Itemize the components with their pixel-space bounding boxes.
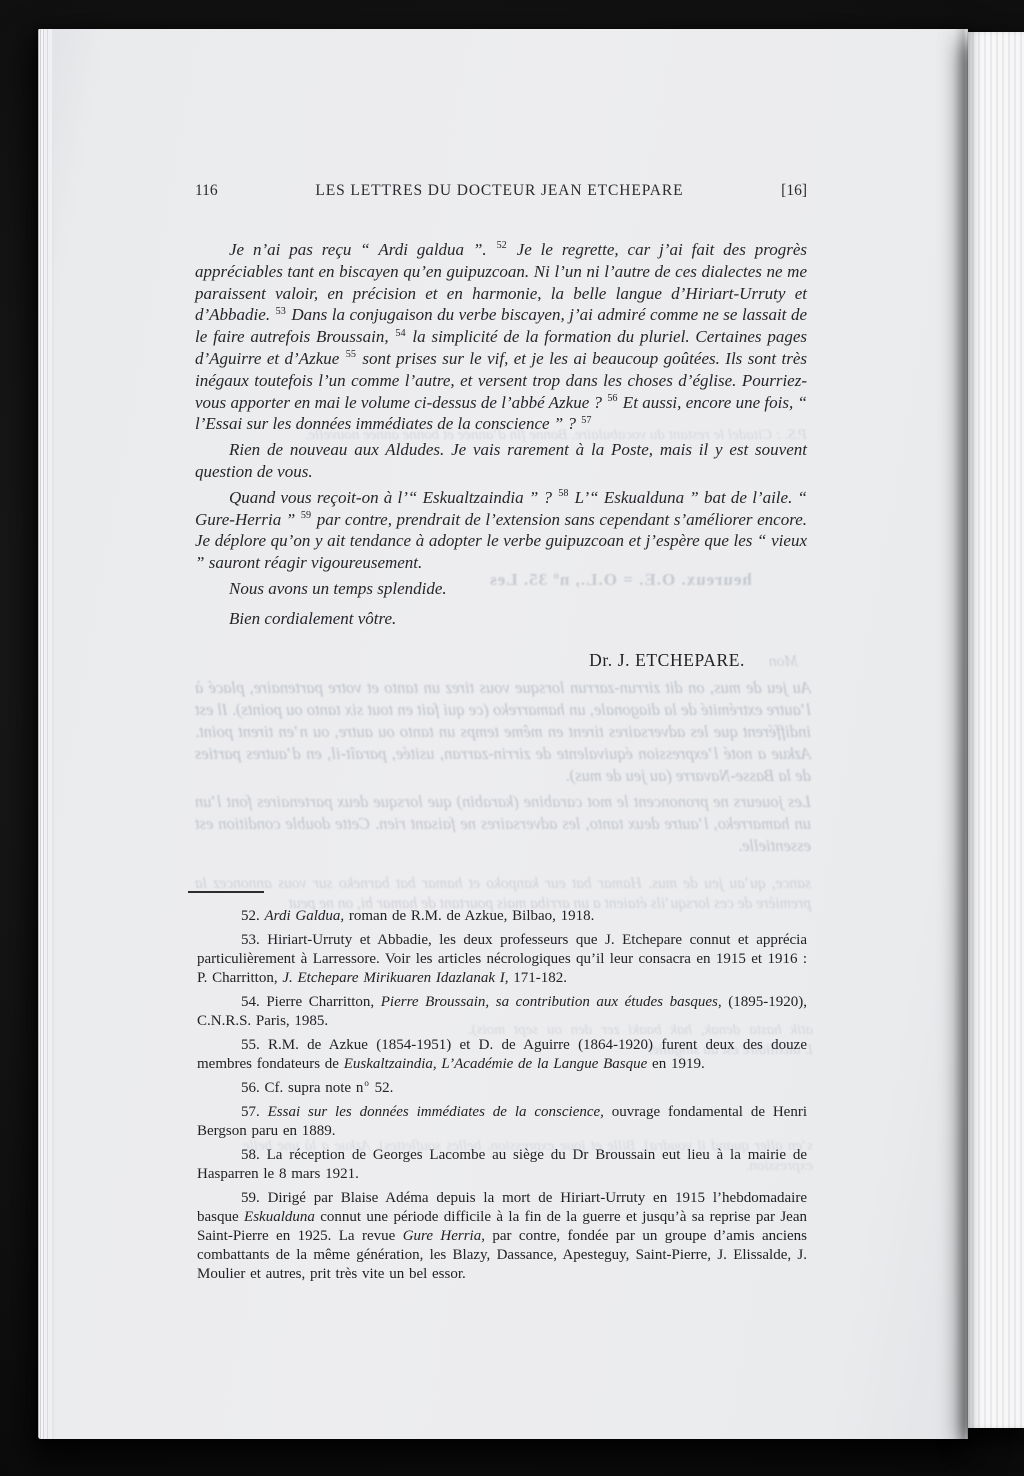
signature: Dr. J. ETCHEPARE.: [195, 650, 807, 671]
ghost-showthrough-text: Les joueurs ne prononcent le mot carabin…: [195, 791, 811, 857]
text-run: Euskaltzaindia, L’Académie de la Langue …: [344, 1056, 648, 1072]
footnote-ref-superscript: 57: [581, 415, 591, 426]
scan-backdrop: 116 LES LETTRES DU DOCTEUR JEAN ETCHEPAR…: [0, 0, 1024, 1476]
footnote-number: 55.: [241, 1037, 268, 1053]
footnote-number: 59.: [241, 1190, 268, 1206]
letter-body: Je n’ai pas reçu “ Ardi galdua ”. 52 Je …: [195, 239, 807, 688]
text-run: Pierre Charritton,: [266, 994, 380, 1010]
text-run: Quand vous reçoit-on à l’“ Eskualtzaindi…: [229, 488, 557, 507]
text-run: Je n’ai pas reçu “ Ardi galdua ”.: [229, 240, 496, 259]
footnote-number: 56.: [241, 1080, 265, 1096]
footnote-ref-superscript: 58: [558, 488, 568, 499]
letter-paragraph: Bien cordialement vôtre.: [195, 608, 807, 630]
footnote: 54. Pierre Charritton, Pierre Broussain,…: [197, 993, 807, 1031]
text-run: en 1919.: [647, 1056, 704, 1072]
footnote-ref-superscript: 55: [346, 349, 356, 360]
text-run: Ardi Galdua,: [265, 908, 345, 924]
book-page: 116 LES LETTRES DU DOCTEUR JEAN ETCHEPAR…: [38, 29, 968, 1439]
folio-reference: [16]: [781, 182, 807, 200]
text-run: 171-182.: [509, 970, 568, 986]
page-header: 116 LES LETTRES DU DOCTEUR JEAN ETCHEPAR…: [195, 182, 807, 200]
ghost-showthrough-text: Au jeu de mus, on dit zirrun-zarrun lors…: [195, 677, 811, 787]
footnote-ref-superscript: 53: [276, 306, 286, 317]
text-run: La réception de Georges Lacombe au siège…: [197, 1147, 807, 1182]
footnotes: 52. Ardi Galdua, roman de R.M. de Azkue,…: [197, 907, 807, 1289]
letter-paragraph: Quand vous reçoit-on à l’“ Eskualtzaindi…: [195, 487, 807, 574]
footnote-ref-superscript: 54: [395, 328, 405, 339]
text-run: Gure Herria,: [403, 1228, 485, 1244]
running-title: LES LETTRES DU DOCTEUR JEAN ETCHEPARE: [315, 182, 683, 200]
footnote: 59. Dirigé par Blaise Adéma depuis la mo…: [197, 1189, 807, 1284]
text-run: roman de R.M. de Azkue, Bilbao, 1918.: [344, 908, 594, 924]
next-page-edge: [968, 32, 1024, 1428]
letter-paragraph: Je n’ai pas reçu “ Ardi galdua ”. 52 Je …: [195, 239, 807, 435]
text-run: Bien cordialement vôtre.: [229, 609, 396, 628]
text-run: Rien de nouveau aux Aldudes. Je vais rar…: [195, 440, 807, 481]
letter-paragraph: Rien de nouveau aux Aldudes. Je vais rar…: [195, 439, 807, 483]
text-run: Nous avons un temps splendide.: [229, 579, 447, 598]
page-number: 116: [195, 182, 218, 200]
footnote-number: 57.: [241, 1104, 268, 1120]
footnote-number: 52.: [241, 908, 265, 924]
text-run: Cf. supra note n: [265, 1080, 364, 1096]
text-run: Eskualduna: [244, 1209, 315, 1225]
footnote: 52. Ardi Galdua, roman de R.M. de Azkue,…: [197, 907, 807, 926]
footnote-ref-superscript: o: [364, 1078, 369, 1088]
footnote-number: 58.: [241, 1147, 267, 1163]
footnote-number: 54.: [241, 994, 266, 1010]
text-run: Pierre Broussain, sa contribution aux ét…: [381, 994, 722, 1010]
footnote-ref-superscript: 56: [607, 393, 617, 404]
footnote: 55. R.M. de Azkue (1854-1951) et D. de A…: [197, 1036, 807, 1074]
footnote-number: 53.: [241, 932, 267, 948]
footnote: 56. Cf. supra note no 52.: [197, 1079, 807, 1098]
text-run: J. Etchepare Mirikuaren Idazlanak I,: [282, 970, 508, 986]
footnote: 53. Hiriart-Urruty et Abbadie, les deux …: [197, 931, 807, 988]
letter-paragraph: Nous avons un temps splendide.: [195, 578, 807, 600]
text-run: Essai sur les données immédiates de la c…: [268, 1104, 604, 1120]
footnote-ref-superscript: 59: [301, 510, 311, 521]
footnote: 58. La réception de Georges Lacombe au s…: [197, 1146, 807, 1184]
footnote-separator-rule: [188, 891, 264, 893]
footnote-ref-superscript: 52: [497, 240, 507, 251]
footnote: 57. Essai sur les données immédiates de …: [197, 1103, 807, 1141]
page-stack-edges: [38, 29, 55, 1439]
text-run: 52.: [370, 1080, 394, 1096]
